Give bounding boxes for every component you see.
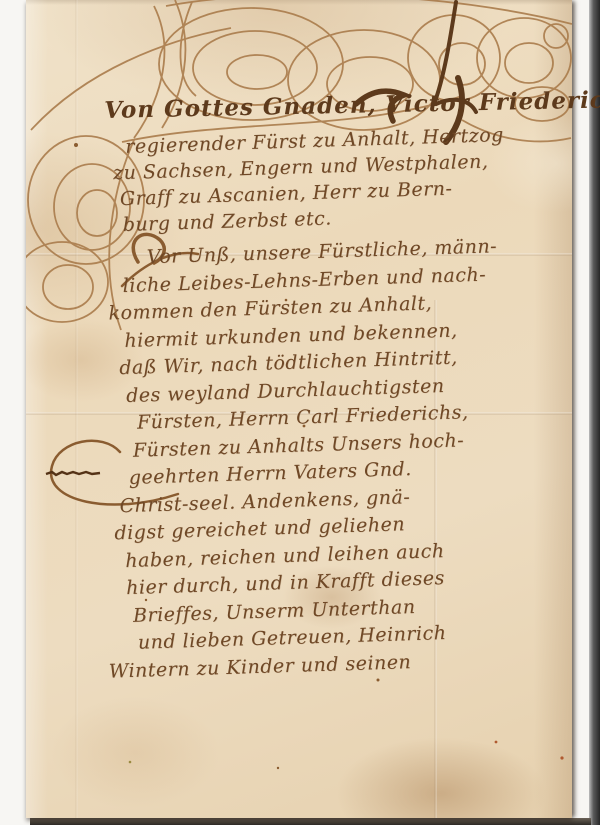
scanned-manuscript-page: { "document": { "heading": "Von Gottes G… — [0, 0, 600, 825]
manuscript-text-block: regierender Fürst zu Anhalt, Hertzog zu … — [26, 120, 589, 688]
scanner-bed-right-edge — [589, 0, 600, 825]
manuscript-sheet: Von Gottes Gnaden, Victor Friederich, re… — [26, 0, 572, 818]
scanner-bed-bottom-edge — [30, 818, 591, 825]
bold-initial-strokes — [356, 2, 476, 142]
